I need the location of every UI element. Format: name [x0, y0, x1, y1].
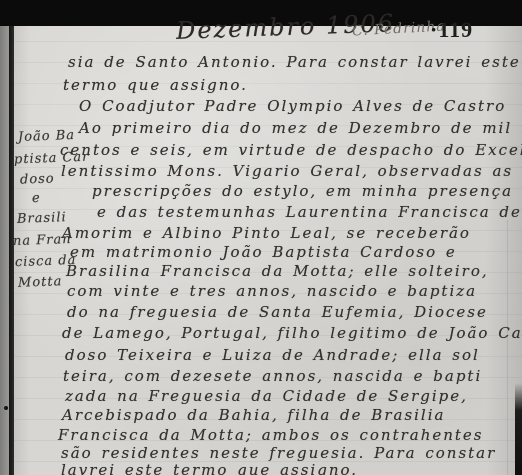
manuscript-line: zada na Freguesia da Cidade de Sergipe,	[65, 387, 468, 405]
margin-note-line: doso	[20, 171, 55, 187]
manuscript-line: em matrimonio João Baptista Cardoso e	[70, 243, 457, 261]
margin-note-line: Brasili	[17, 210, 67, 227]
manuscript-line: com vinte e tres annos, nascido e baptiz…	[67, 282, 477, 300]
manuscript-line: do na freguesia de Santa Eufemia, Dioces…	[67, 303, 488, 321]
manuscript-line: lavrei este termo que assigno.	[61, 461, 358, 475]
manuscript-line: Amorim e Albino Pinto Leal, se receberão	[62, 224, 471, 242]
ruled-vertical-line	[507, 220, 508, 475]
margin-note-line: e	[32, 191, 41, 206]
page-number: ·119	[430, 17, 473, 43]
manuscript-line: prescripções do estylo, em minha presenç…	[92, 182, 513, 200]
manuscript-line: doso Teixeira e Luiza de Andrade; ella s…	[65, 346, 480, 364]
manuscript-line: centos e seis, em virtude de despacho do…	[60, 141, 522, 159]
manuscript-page: Dezembro 1906 C. Pedrinha ·119 João Ba p…	[0, 0, 522, 475]
manuscript-line: Brasilina Francisca da Motta; elle solte…	[66, 262, 489, 280]
page-number-value: 119	[438, 17, 473, 42]
manuscript-line: lentissimo Mons. Vigario Geral, observad…	[61, 162, 513, 180]
manuscript-line: Francisca da Motta; ambos os contrahente…	[58, 426, 484, 444]
manuscript-line: são residentes neste freguesia. Para con…	[61, 444, 496, 462]
manuscript-line: teira, com dezesete annos, nascida e bap…	[63, 367, 482, 385]
manuscript-line: O Coadjutor Padre Olympio Alves de Castr…	[79, 97, 506, 115]
manuscript-line: Ao primeiro dia do mez de Dezembro de mi…	[79, 119, 522, 137]
manuscript-line: sia de Santo Antonio. Para constar lavre…	[68, 53, 521, 71]
manuscript-line: Arcebispado da Bahia, filha de Brasilia	[62, 406, 445, 424]
margin-note-line: Motta	[18, 274, 63, 291]
ink-speck	[4, 406, 8, 410]
scan-right-edge	[515, 383, 522, 475]
manuscript-line: de Lamego, Portugal, filho legitimo de J…	[62, 324, 522, 342]
manuscript-line: e das testemunhas Laurentina Francisca d…	[97, 203, 522, 221]
page-gutter-shadow	[0, 0, 9, 475]
manuscript-line: termo que assigno.	[63, 76, 248, 94]
